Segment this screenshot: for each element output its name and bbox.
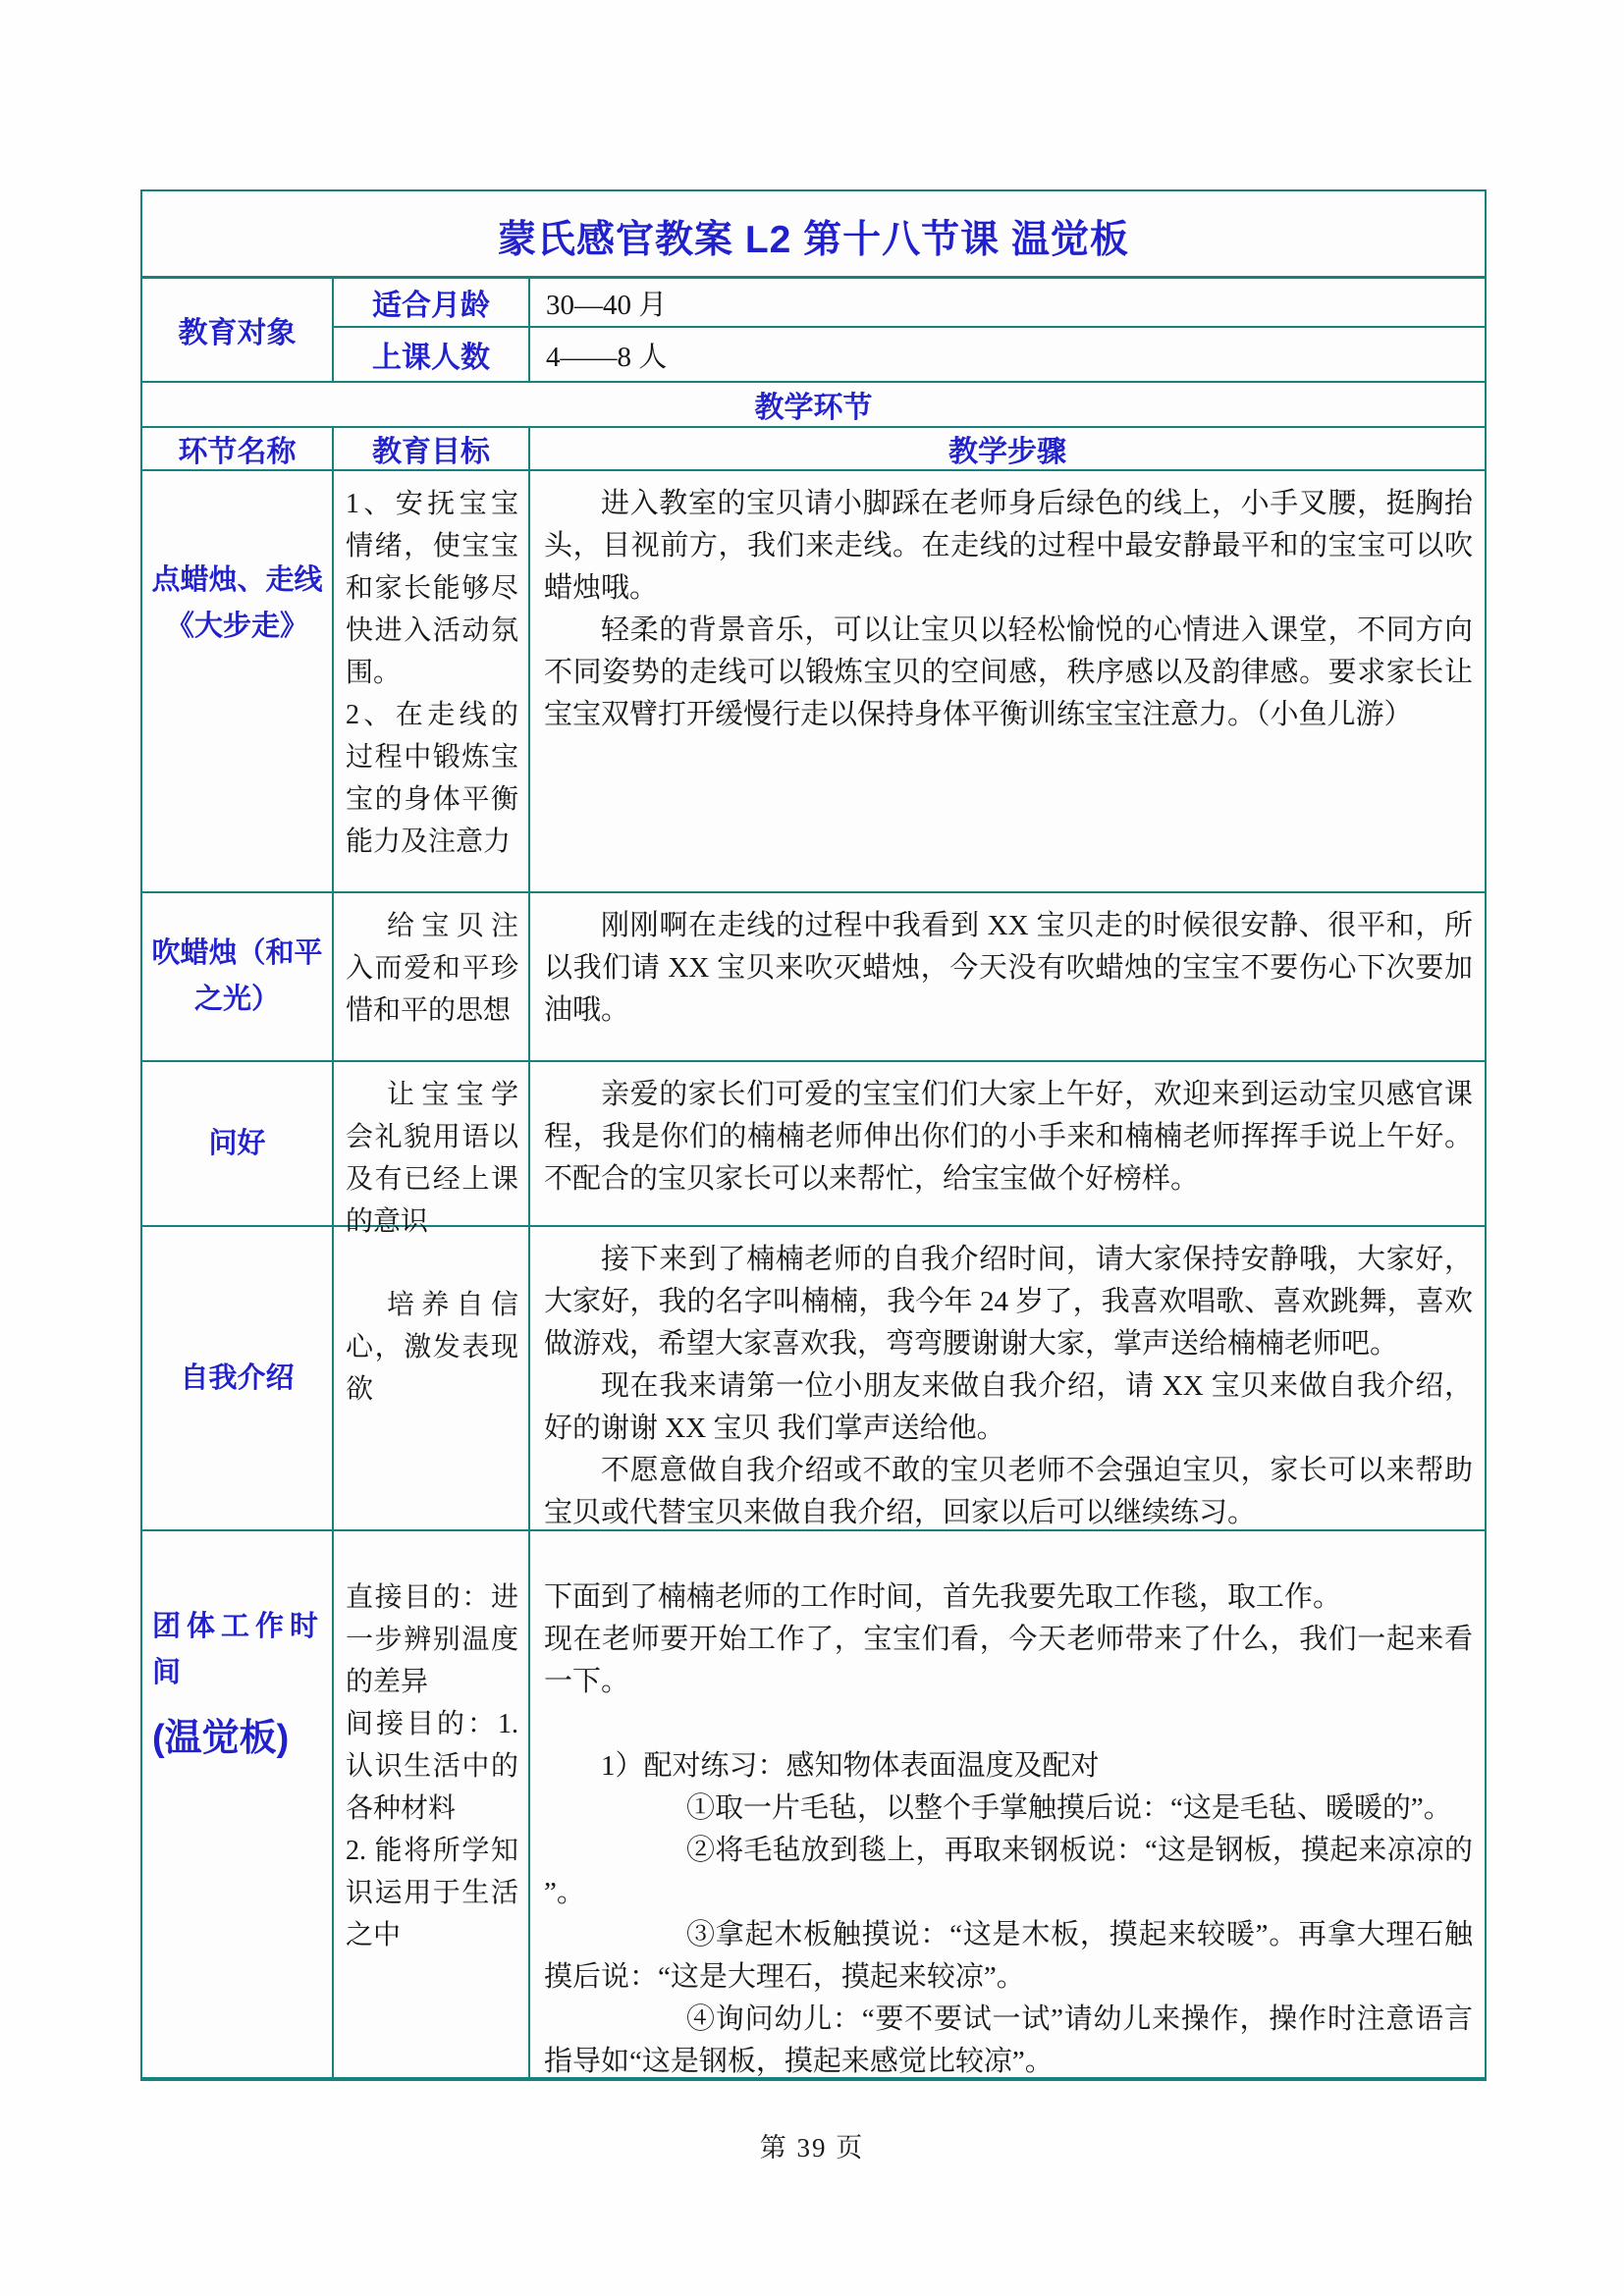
row-name-line: 团体工作时 — [152, 1604, 324, 1650]
page-number: 第 39 页 — [0, 2128, 1624, 2167]
goal-paragraph: 2、在走线的过程中锻炼宝宝的身体平衡能力及注意力 — [346, 694, 518, 863]
row-name-cell: 点蜡烛、走线 《大步走》 — [142, 471, 334, 891]
row-name-material: (温觉板) — [152, 1712, 289, 1765]
goal-cell: 培养自信心，激发表现欲 — [334, 1227, 530, 1529]
step-paragraph: 现在老师要开始工作了，宝宝们看，今天老师带来了什么，我们一起来看一下。 — [544, 1619, 1473, 1703]
row-name-cell: 吹蜡烛（和平 之光） — [142, 893, 334, 1060]
goal-paragraph: 给宝贝注入而爱和平珍惜和平的思想 — [346, 905, 518, 1032]
row-name-line: 吹蜡烛（和平 — [151, 931, 322, 977]
step-item: ③拿起木板触摸说：“这是木板，摸起来较暖”。再拿大理石触摸后说：“这是大理石，摸… — [544, 1914, 1473, 1999]
section-row: 教学环节 — [142, 381, 1485, 426]
goal-cell: 让宝宝学会礼貌用语以及有已经上课的意识 — [334, 1062, 530, 1225]
size-label-cell: 上课人数 — [334, 328, 530, 381]
goal-cell: 给宝贝注入而爱和平珍惜和平的思想 — [334, 893, 530, 1060]
audience-row-size: 上课人数 4——8 人 — [334, 326, 1485, 381]
header-step-name: 环节名称 — [142, 428, 334, 469]
row-name-cell: 自我介绍 — [142, 1227, 334, 1529]
audience-block: 教育对象 适合月龄 30—40 月 上课人数 4——8 人 — [142, 276, 1485, 381]
size-value: 4——8 人 — [530, 328, 1485, 381]
goal-paragraph: 直接目的：进一步辨别温度的差异 — [346, 1576, 518, 1703]
header-steps-label: 教学步骤 — [948, 427, 1066, 470]
steps-cell: 下面到了楠楠老师的工作时间，首先我要先取工作毯，取工作。 现在老师要开始工作了，… — [530, 1531, 1485, 2077]
goal-cell: 1、安抚宝宝情绪，使宝宝和家长能够尽快进入活动氛围。 2、在走线的过程中锻炼宝宝… — [334, 471, 530, 891]
table-row-blow-candle: 吹蜡烛（和平 之光） 给宝贝注入而爱和平珍惜和平的思想 刚刚啊在走线的过程中我看… — [142, 891, 1485, 1060]
document-page: 蒙氏感官教案 L2 第十八节课 温觉板 教育对象 适合月龄 30—40 月 上课… — [0, 0, 1624, 2296]
age-label-cell: 适合月龄 — [334, 279, 530, 326]
age-value: 30—40 月 — [530, 279, 1485, 326]
header-goal-label: 教育目标 — [372, 427, 490, 470]
goal-cell: 直接目的：进一步辨别温度的差异 间接目的：1. 认识生活中的各种材料 2. 能将… — [334, 1531, 530, 2077]
size-label: 上课人数 — [372, 333, 490, 376]
header-step-name-label: 环节名称 — [179, 427, 297, 470]
age-label: 适合月龄 — [372, 281, 490, 324]
row-name-line: 问好 — [208, 1121, 265, 1167]
row-name-cell: 问好 — [142, 1062, 334, 1225]
page-title: 蒙氏感官教案 L2 第十八节课 温觉板 — [498, 203, 1129, 264]
row-name-cell: 团体工作时 间 (温觉板) — [142, 1531, 334, 2077]
table-row-greeting: 问好 让宝宝学会礼貌用语以及有已经上课的意识 亲爱的家长们可爱的宝宝们们大家上午… — [142, 1060, 1485, 1225]
row-name-line: 之光） — [194, 977, 280, 1023]
steps-cell: 接下来到了楠楠老师的自我介绍时间，请大家保持安静哦，大家好，大家好，我的名字叫楠… — [530, 1227, 1485, 1529]
table-row-self-introduction: 自我介绍 培养自信心，激发表现欲 接下来到了楠楠老师的自我介绍时间，请大家保持安… — [142, 1225, 1485, 1529]
lesson-plan-table: 蒙氏感官教案 L2 第十八节课 温觉板 教育对象 适合月龄 30—40 月 上课… — [140, 189, 1487, 2081]
step-item: ④询问幼儿：“要不要试一试”请幼儿来操作，操作时注意语言指导如“这是钢板，摸起来… — [544, 1999, 1473, 2083]
steps-cell: 刚刚啊在走线的过程中我看到 XX 宝贝走的时候很安静、很平和，所以我们请 XX … — [530, 893, 1485, 1060]
row-name-line: 点蜡烛、走线 — [151, 558, 322, 604]
step-paragraph: 下面到了楠楠老师的工作时间，首先我要先取工作毯，取工作。 — [544, 1576, 1473, 1619]
step-item: ①取一片毛毡，以整个手掌触摸后说：“这是毛毡、暖暖的”。 — [544, 1788, 1473, 1830]
step-paragraph: 亲爱的家长们可爱的宝宝们们大家上午好，欢迎来到运动宝贝感官课程，我是你们的楠楠老… — [544, 1074, 1473, 1201]
step-paragraph: 刚刚啊在走线的过程中我看到 XX 宝贝走的时候很安静、很平和，所以我们请 XX … — [544, 905, 1473, 1032]
table-row-candle-walk: 点蜡烛、走线 《大步走》 1、安抚宝宝情绪，使宝宝和家长能够尽快进入活动氛围。 … — [142, 469, 1485, 891]
row-name-line: 间 — [152, 1650, 181, 1696]
goal-paragraph: 2. 能将所学知识运用于生活之中 — [346, 1830, 518, 1956]
steps-cell: 进入教室的宝贝请小脚踩在老师身后绿色的线上，小手叉腰，挺胸抬头，目视前方，我们来… — [530, 471, 1485, 891]
audience-label: 教育对象 — [179, 308, 297, 351]
audience-row-age: 适合月龄 30—40 月 — [334, 279, 1485, 326]
row-name-line: 《大步走》 — [166, 604, 308, 650]
goal-paragraph: 1、安抚宝宝情绪，使宝宝和家长能够尽快进入活动氛围。 — [346, 483, 518, 694]
table-row-group-work: 团体工作时 间 (温觉板) 直接目的：进一步辨别温度的差异 间接目的：1. 认识… — [142, 1529, 1485, 2077]
step-item: ②将毛毡放到毯上，再取来钢板说：“这是钢板，摸起来凉凉的 ”。 — [544, 1830, 1473, 1914]
step-paragraph: 现在我来请第一位小朋友来做自我介绍，请 XX 宝贝来做自我介绍，好的谢谢 XX … — [544, 1365, 1473, 1450]
header-goal: 教育目标 — [334, 428, 530, 469]
step-paragraph: 不愿意做自我介绍或不敢的宝贝老师不会强迫宝贝，家长可以来帮助宝贝或代替宝贝来做自… — [544, 1450, 1473, 1534]
header-steps: 教学步骤 — [530, 428, 1485, 469]
steps-cell: 亲爱的家长们可爱的宝宝们们大家上午好，欢迎来到运动宝贝感官课程，我是你们的楠楠老… — [530, 1062, 1485, 1225]
column-header-row: 环节名称 教育目标 教学步骤 — [142, 426, 1485, 469]
section-title: 教学环节 — [755, 383, 873, 426]
title-row: 蒙氏感官教案 L2 第十八节课 温觉板 — [142, 191, 1485, 276]
goal-paragraph: 间接目的：1. 认识生活中的各种材料 — [346, 1703, 518, 1830]
step-paragraph: 进入教室的宝贝请小脚踩在老师身后绿色的线上，小手叉腰，挺胸抬头，目视前方，我们来… — [544, 483, 1473, 610]
audience-cell: 教育对象 — [142, 279, 334, 381]
step-paragraph: 接下来到了楠楠老师的自我介绍时间，请大家保持安静哦，大家好，大家好，我的名字叫楠… — [544, 1239, 1473, 1365]
row-name-line: 自我介绍 — [180, 1356, 294, 1402]
goal-paragraph: 让宝宝学会礼貌用语以及有已经上课的意识 — [346, 1074, 518, 1243]
goal-paragraph: 培养自信心，激发表现欲 — [346, 1284, 518, 1411]
step-exercise-heading: 1）配对练习：感知物体表面温度及配对 — [544, 1745, 1473, 1788]
audience-rows: 适合月龄 30—40 月 上课人数 4——8 人 — [334, 279, 1485, 381]
step-paragraph: 轻柔的背景音乐，可以让宝贝以轻松愉悦的心情进入课堂，不同方向不同姿势的走线可以锻… — [544, 610, 1473, 736]
